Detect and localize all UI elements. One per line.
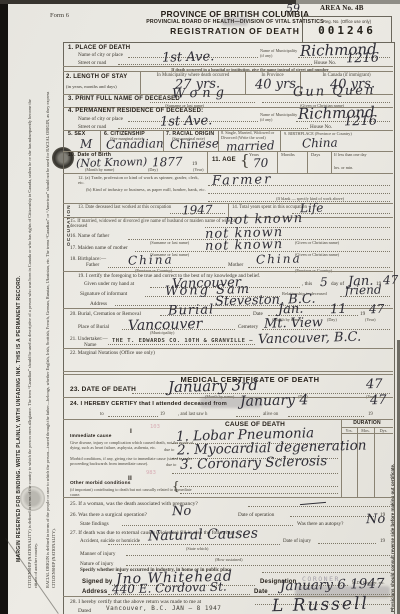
- rule: [108, 594, 250, 595]
- operation-date-label: Date of operation: [238, 512, 274, 518]
- operation-label: 26. Was there a surgical operation?: [70, 512, 147, 518]
- death-year-value: 47: [366, 377, 383, 392]
- accident-value: Natural Causes: [148, 526, 258, 545]
- informant-day-value: 5: [320, 275, 328, 289]
- age-less-label: If less than one day: [334, 152, 367, 157]
- duration-header: DURATION: [341, 420, 393, 426]
- mother-given-sub: (Given or Christian name): [295, 252, 339, 257]
- rule: [108, 416, 158, 417]
- given-under-hand-label: Given under my hand at: [84, 281, 134, 287]
- form-number: Form 6: [50, 12, 69, 19]
- due-to-1: due to: [164, 447, 174, 452]
- given-name-value: Gun Quen: [293, 83, 376, 100]
- length-of-stay-sub: (in years, months and days): [66, 84, 117, 89]
- manner-label: Manner of injury: [80, 551, 115, 557]
- residence-city-label: Name of city or place: [78, 116, 123, 122]
- rule: [280, 130, 281, 151]
- scan-edge-left: [0, 0, 8, 614]
- trade-value: Farmer: [212, 172, 273, 189]
- rule: [63, 371, 393, 372]
- rule: [170, 213, 225, 214]
- rule: [180, 493, 338, 494]
- pencil-note-1: 103: [150, 424, 160, 430]
- trade-label: 12. (a) Trade, profession or kind of wor…: [78, 175, 206, 186]
- rule: [172, 473, 338, 474]
- findings-label: State findings: [80, 521, 109, 527]
- father-given-sub: (Given or Christian name): [295, 240, 339, 245]
- scan-edge-top: [0, 0, 296, 4]
- rule: [63, 71, 393, 72]
- age-label: 11. AGE: [212, 157, 236, 163]
- industry-label: (b) Kind of industry or business, as pap…: [86, 187, 208, 192]
- rule: [63, 497, 393, 498]
- autopsy-label: Was there an autopsy?: [297, 521, 343, 527]
- area-number-handwritten: 59: [286, 2, 300, 15]
- citizenship-value: Canadian: [106, 136, 164, 152]
- to-label: to: [100, 412, 104, 417]
- rule: [307, 151, 308, 173]
- registration-number-box: Reg. No. (Office use only) 001246: [302, 16, 392, 43]
- cemetery-value: Mt. View: [264, 315, 323, 332]
- rule: [290, 516, 376, 517]
- residence-street-value: 1st Ave.: [160, 113, 213, 129]
- burial-place-label: Place of Burial: [78, 324, 109, 330]
- rule: [63, 348, 393, 349]
- rule: [374, 427, 375, 497]
- rule: [207, 151, 208, 173]
- father-birthplace-label: Father: [86, 262, 99, 268]
- burial-day-sub: (Day): [327, 317, 337, 322]
- informant-address-label: Address: [90, 301, 107, 307]
- rule: [277, 151, 278, 173]
- rule: [236, 416, 260, 417]
- registrar-signature: L Russell: [272, 594, 369, 614]
- mother-birthplace-value: China: [256, 251, 302, 266]
- how-sustained-sub: (How sustained): [215, 557, 243, 562]
- mother-birthplace-label: Mother: [228, 262, 243, 268]
- last-saw-label: , and last saw h: [178, 412, 207, 417]
- age-months-label: Months: [281, 152, 295, 157]
- last-worked-label: 13. Date deceased last worked at this oc…: [78, 205, 178, 210]
- rule: [108, 544, 280, 545]
- last-worked-value: 1947: [182, 203, 213, 218]
- cause-roman-one: I: [130, 428, 132, 435]
- rule: [288, 416, 364, 417]
- burial-label: 20. Burial, Cremation or Removal: [70, 311, 141, 317]
- informant-year-value: 47: [383, 273, 399, 287]
- registration-number-value: 001246: [303, 24, 391, 37]
- date-of-death-label: 23. DATE OF DEATH: [70, 386, 136, 393]
- age-days-label: Days: [311, 152, 320, 157]
- scanned-death-registration: MARGIN RESERVED FOR BINDING. WRITE PLAIN…: [0, 0, 400, 614]
- rule: [341, 433, 393, 434]
- place-muni-label: Name of Municipality (if any): [260, 48, 300, 58]
- operation-value: No: [172, 504, 192, 519]
- place-house-value: 1216: [346, 51, 379, 67]
- cemetery-label: Cemetery: [238, 324, 258, 330]
- other-morbid-body: (if important) contributing to death but…: [70, 487, 200, 497]
- printed-19: 19: [380, 539, 385, 544]
- residence-house-value: 1216: [344, 114, 377, 130]
- this-label: , this: [302, 281, 312, 287]
- signed-by-label: Signed by: [82, 579, 112, 585]
- printed-19a: 19: [160, 412, 165, 417]
- immediate-cause-head: Immediate cause: [70, 434, 112, 439]
- dated-place-stamp: Vancouver, B.C.: [106, 605, 168, 612]
- rule: [108, 344, 255, 345]
- margin-racial-origin-note: RACIAL ORIGIN is defined in terms of the…: [45, 88, 56, 588]
- other-morbid-head: Other morbid conditions: [70, 481, 131, 486]
- undertaker-address-value: Vancouver, B.C.: [258, 330, 362, 348]
- burial-year-sub: (Year): [365, 317, 376, 322]
- birth-day-sub: (Day): [148, 167, 158, 172]
- received-date-stamp: JAN – 8 1947: [172, 605, 221, 612]
- father-name-label: 16. Name of father: [70, 233, 109, 239]
- surname-value: Wong: [172, 85, 229, 101]
- sex-value: M: [80, 137, 93, 151]
- rule: [245, 71, 246, 94]
- rule: [63, 271, 393, 272]
- state-which-sub: (State which): [186, 546, 208, 551]
- age-years-value: 70: [253, 156, 269, 170]
- burial-date-label: Date: [253, 311, 263, 317]
- birthplace-value: China: [302, 136, 338, 151]
- informant-signature-label: Signature of informant: [80, 291, 127, 297]
- rule: [208, 185, 390, 186]
- burial-day-value: 11: [330, 302, 347, 317]
- rule: [126, 565, 390, 566]
- autopsy-value: No: [366, 512, 386, 527]
- racial-origin-value: Chinese: [170, 136, 219, 151]
- rule: [318, 543, 376, 544]
- burial-year-value: 47: [369, 302, 385, 316]
- rule: [208, 193, 390, 194]
- attended-year-value: 47: [370, 393, 387, 408]
- residence-muni-label: Name of Municipality (if any): [260, 112, 300, 122]
- margin-binding-note: MARGIN RESERVED FOR BINDING. WRITE PLAIN…: [16, 92, 22, 562]
- alive-on-label: alive on: [263, 412, 278, 417]
- rule: [180, 486, 338, 487]
- rule: [292, 213, 390, 214]
- signed-date-label: Date: [254, 589, 268, 595]
- rule: [140, 71, 141, 94]
- rule: [262, 572, 390, 573]
- birth-month-sub: (Month by name): [85, 167, 114, 172]
- margin-citizenship-note: CITIZENSHIP (NATIONALITY) is defined in …: [27, 88, 38, 588]
- marginal-notations-label: 22. Marginal Notations (Office use only): [70, 350, 155, 356]
- pencil-note-2: 983: [146, 470, 156, 476]
- place-city-label: Name of city or place: [78, 52, 123, 58]
- relationship-value: friend: [345, 283, 382, 298]
- rule: [248, 506, 390, 507]
- injury-date-label: Date of injury: [283, 539, 311, 544]
- nature-label: Nature of injury: [80, 561, 113, 567]
- dated-label: Dated: [78, 608, 91, 614]
- burial-muni-sub: (Municipality): [150, 330, 174, 335]
- rule: [100, 130, 101, 151]
- area-number-label: AREA No. 4B: [320, 4, 364, 12]
- physician-address-label: Address: [82, 589, 107, 595]
- rule: [126, 555, 390, 556]
- ink-smudge: [222, 17, 248, 26]
- rule: [331, 151, 332, 173]
- father-birthplace-value: China: [128, 252, 174, 267]
- birth-year-sub: (Year): [193, 167, 204, 172]
- attended-from-value: January 4: [240, 392, 309, 410]
- rule: [118, 64, 312, 65]
- due-to-2: due to: [166, 462, 176, 467]
- place-street-value: 1st Ave.: [162, 49, 215, 65]
- length-of-stay-label: 2. LENGTH OF STAY: [66, 74, 127, 80]
- day-of-label: day of: [331, 281, 344, 287]
- other-brace: {: [172, 479, 180, 493]
- rule: [122, 525, 293, 526]
- place-of-death-label: 1. PLACE OF DEATH: [68, 45, 130, 51]
- father-surname-sub: (Surname or last name): [150, 240, 189, 245]
- printed-19b: 19: [368, 412, 373, 417]
- mother-name-label: 17. Maiden name of mother: [70, 245, 128, 251]
- age-hrs-label: hrs. or min.: [334, 165, 353, 170]
- rule: [118, 128, 308, 129]
